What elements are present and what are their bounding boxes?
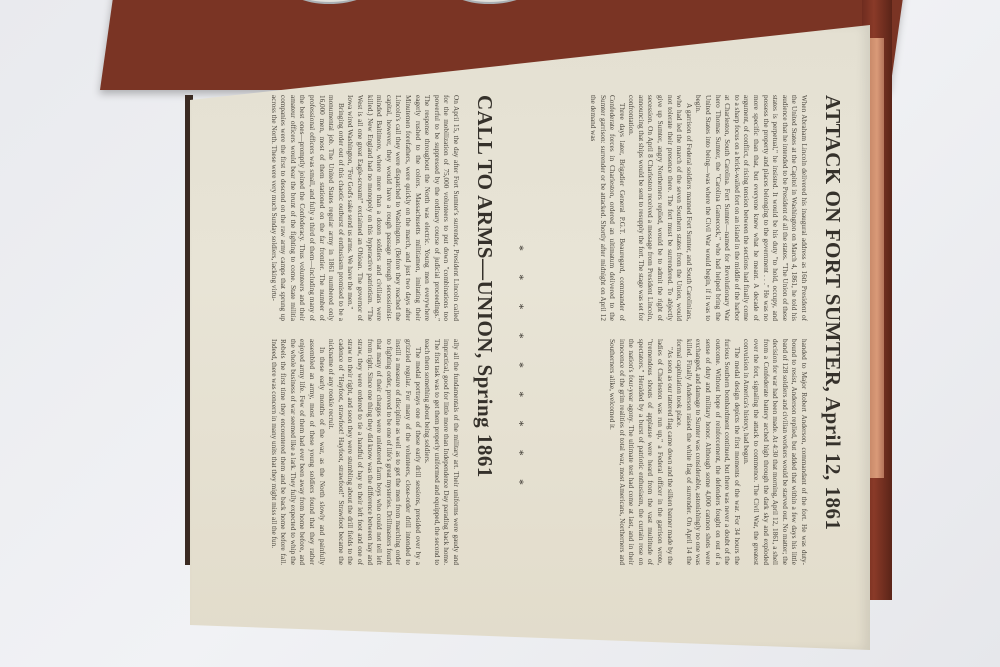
section-fort-sumter: ATTACK ON FORT SUMTER, April 12, 1861 Wh… xyxy=(587,95,845,565)
medal-icon xyxy=(282,0,382,4)
text-column-2: handed to Major Robert Anderson, command… xyxy=(587,339,808,565)
paragraph: A garrison of Federal soldiers manned Fo… xyxy=(626,95,693,321)
paragraph: Three days later, Brigadier General P.G.… xyxy=(587,95,625,321)
text-column-2: ally all the fundamentals of the militar… xyxy=(268,339,460,565)
paragraph: The medal portrays one of these early dr… xyxy=(326,339,422,565)
star-divider: * * * * * * * * * xyxy=(512,245,527,485)
star-icon: * xyxy=(512,304,527,310)
paragraph: "As soon as our tattered flag came down … xyxy=(607,339,674,565)
medal-icon xyxy=(442,0,542,4)
binder-page-edge xyxy=(870,38,884,478)
star-icon: * xyxy=(512,450,527,456)
section-title: CALL TO ARMS—UNION, Spring 1861 xyxy=(472,95,497,565)
text-column-1: On April 15, the day after Fort Sumter's… xyxy=(268,95,460,321)
star-icon: * xyxy=(512,333,527,339)
paragraph: handed to Major Robert Anderson, command… xyxy=(741,339,808,565)
star-icon: * xyxy=(512,245,527,251)
star-icon: * xyxy=(512,274,527,280)
paragraph: The medal design depicts the first momen… xyxy=(674,339,741,565)
star-icon: * xyxy=(512,391,527,397)
rotated-text-layer: ATTACK ON FORT SUMTER, April 12, 1861 Wh… xyxy=(185,95,845,565)
section-title: ATTACK ON FORT SUMTER, April 12, 1861 xyxy=(820,95,845,565)
paragraph: Bringing order out of this chaotic outbu… xyxy=(268,95,345,321)
paragraph: When Abraham Lincoln delivered his inaug… xyxy=(693,95,808,321)
paragraph: On April 15, the day after Fort Sumter's… xyxy=(345,95,460,321)
paragraph: In these early months of the war, as the… xyxy=(268,339,326,565)
section-call-to-arms: CALL TO ARMS—UNION, Spring 1861 On April… xyxy=(268,95,497,565)
star-icon: * xyxy=(512,362,527,368)
text-column-1: When Abraham Lincoln delivered his inaug… xyxy=(587,95,808,321)
star-icon: * xyxy=(512,421,527,427)
paragraph: ally all the fundamentals of the militar… xyxy=(422,339,460,565)
star-icon: * xyxy=(512,479,527,485)
